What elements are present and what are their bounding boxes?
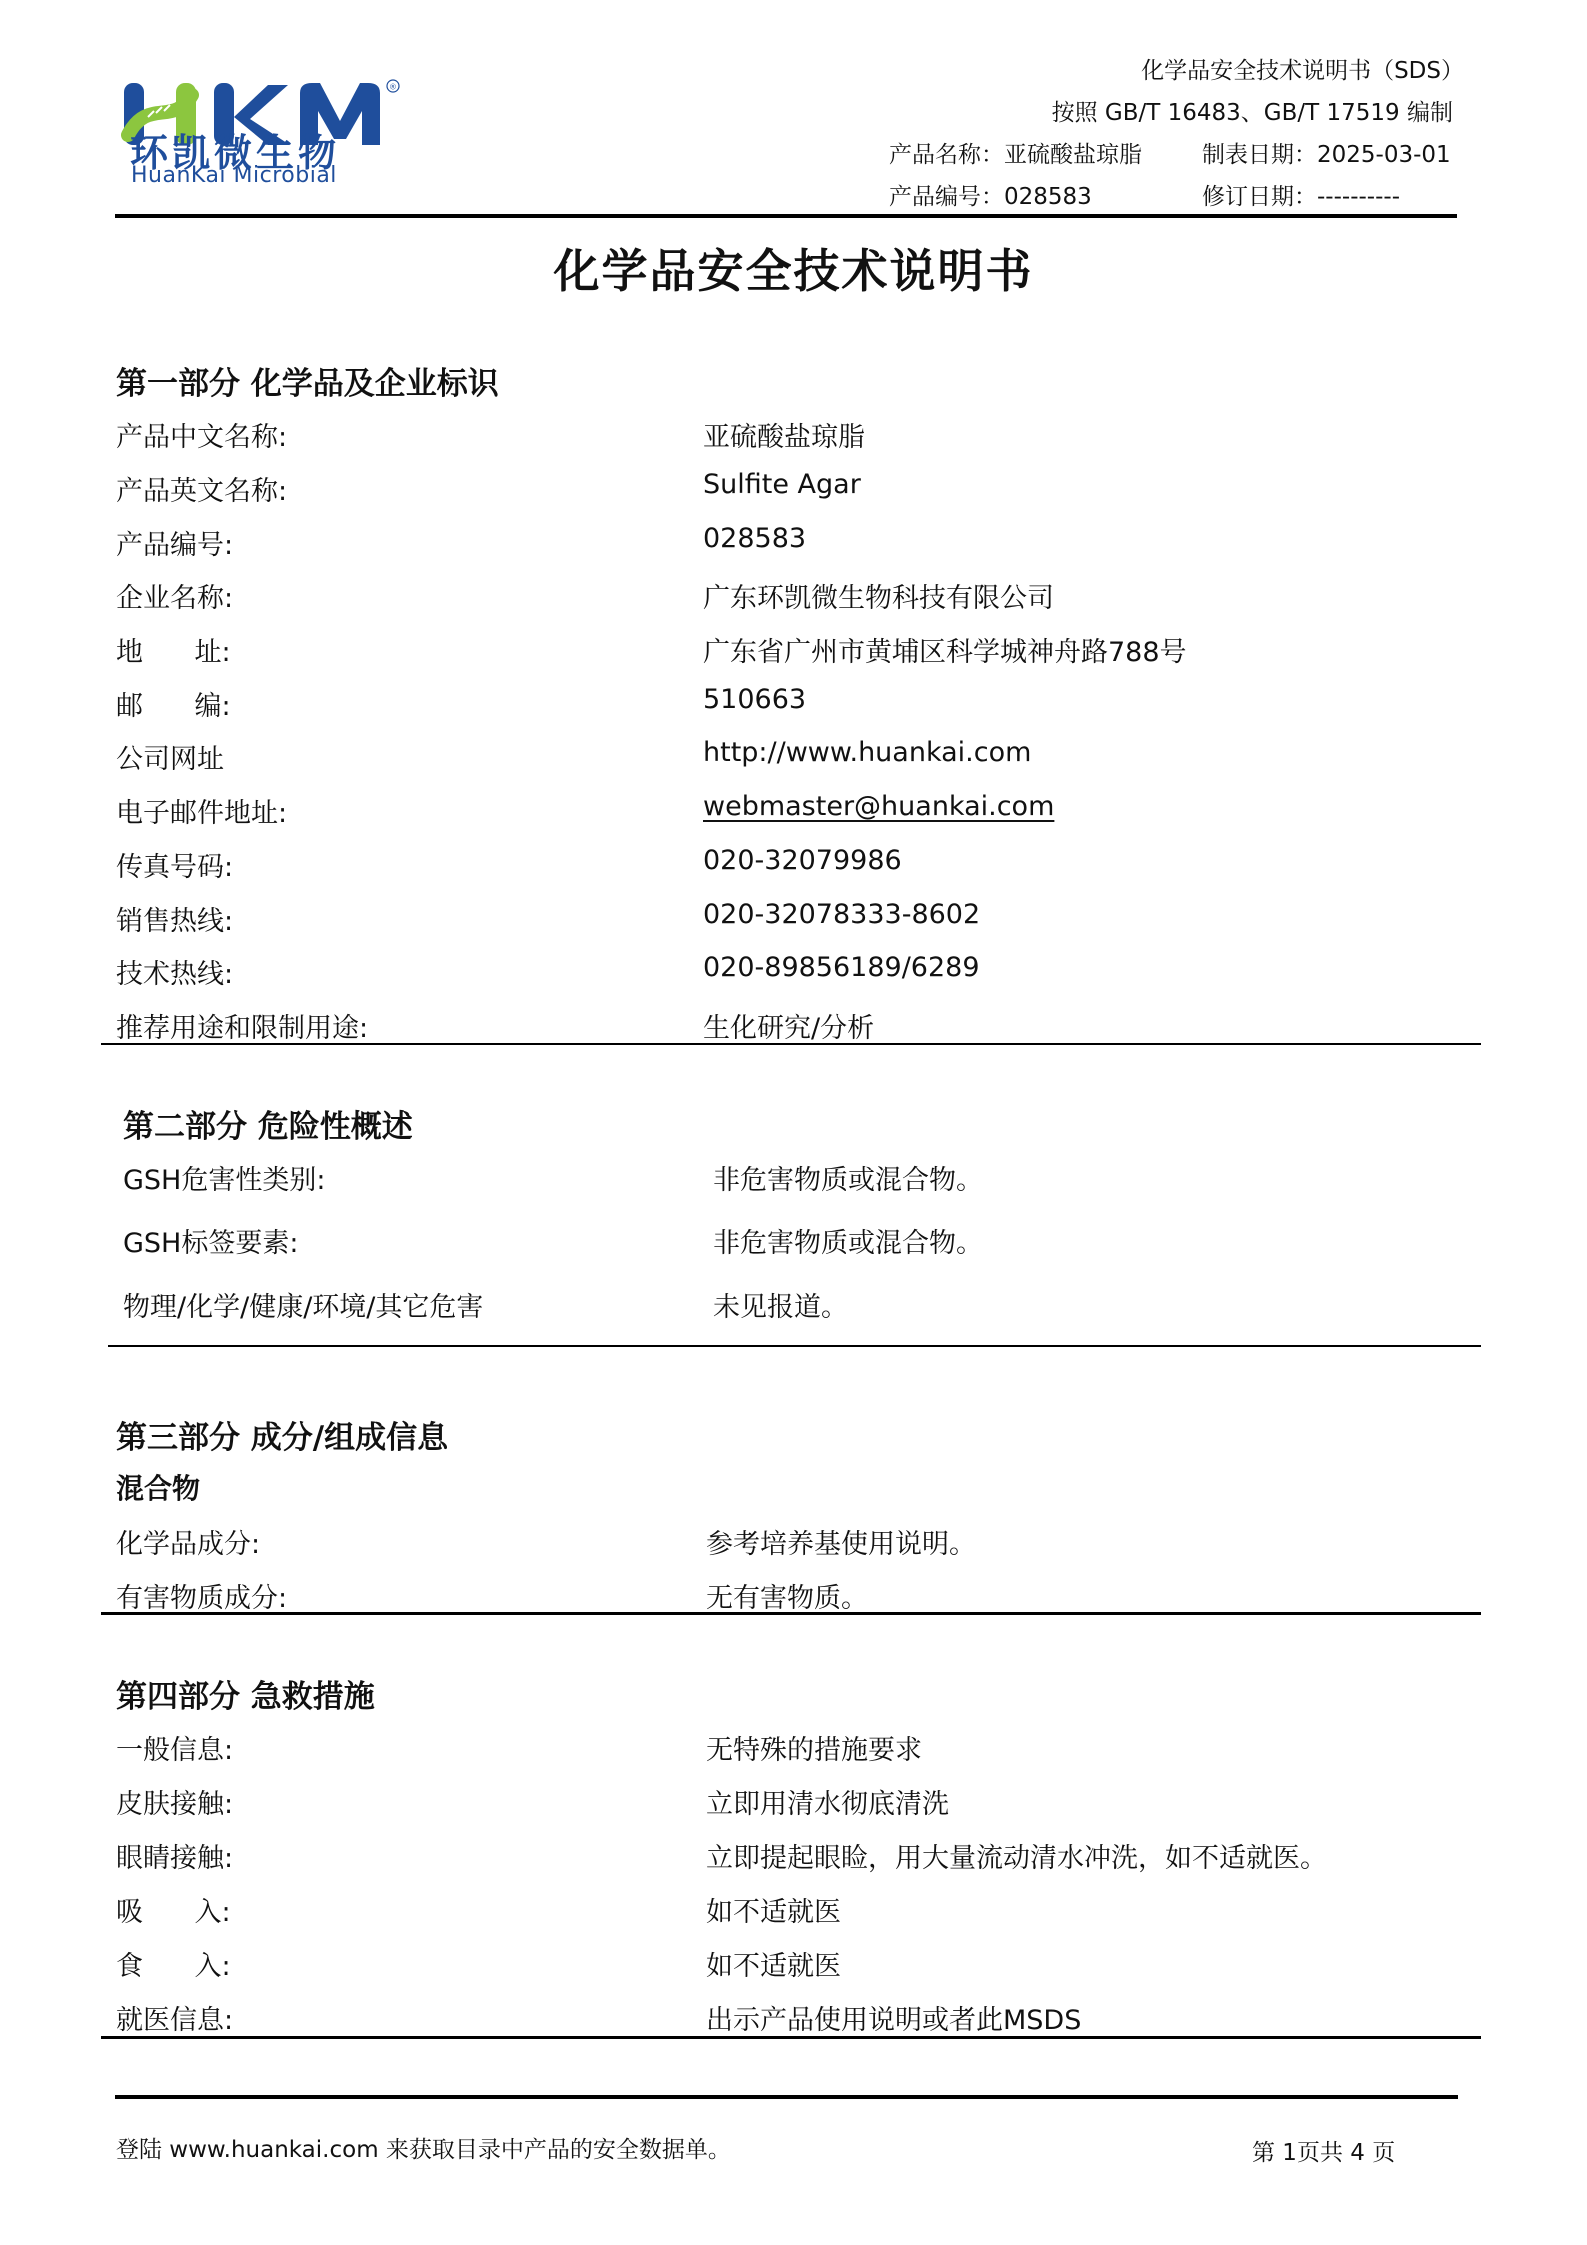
header-product-code: 产品编号：028583 [889,178,1092,211]
row-value: 广东环凯微生物科技有限公司 [703,576,1054,615]
row-value: 亚硫酸盐琼脂 [703,415,865,454]
footer-note: 登陆 www.huankai.com 来获取目录中产品的安全数据单。 [116,2131,731,2164]
row-label: 有害物质成分: [116,1576,287,1615]
row-label: 邮 编: [116,684,231,723]
row-value: 未见报道。 [713,1285,848,1324]
revision-date-label: 修订日期： [1202,184,1317,210]
website-link[interactable]: http://www.huankai.com [703,737,1031,768]
row-label: GSH危害性类别: [123,1158,325,1197]
section-2-heading: 第二部分 危险性概述 [123,1101,413,1146]
header-divider [115,214,1457,218]
row-value: 无特殊的措施要求 [706,1728,922,1767]
row-value: Sulfite Agar [703,469,861,500]
row-value: 非危害物质或混合物。 [713,1221,983,1260]
row-value: 020-32078333-8602 [703,899,980,930]
email-link[interactable]: webmaster@huankai.com [703,791,1054,822]
row-value: 广东省广州市黄埔区科学城神舟路788号 [703,630,1187,669]
section-1-heading: 第一部分 化学品及企业标识 [116,358,499,403]
row-value: 参考培养基使用说明。 [706,1522,976,1561]
row-value: 如不适就医 [706,1890,841,1929]
row-label: 传真号码: [116,845,233,884]
logo-company-name-en: HuanKai Microbial [131,163,337,188]
row-label: 公司网址 [116,737,224,776]
row-value: 无有害物质。 [706,1576,868,1615]
header-standard: 按照 GB/T 16483、GB/T 17519 编制 [1052,94,1453,127]
header-product-name: 产品名称：亚硫酸盐琼脂 [889,136,1142,169]
row-label: 推荐用途和限制用途: [116,1006,368,1045]
section-4-heading: 第四部分 急救措施 [116,1671,375,1716]
section-3-divider [101,1612,1481,1615]
page-number: 第 1页共 4 页 [1252,2134,1395,2167]
row-label: 一般信息: [116,1728,233,1767]
row-value: 非危害物质或混合物。 [713,1158,983,1197]
row-label: 产品英文名称: [116,469,287,508]
row-label: 技术热线: [116,952,233,991]
header-doc-type: 化学品安全技术说明书（SDS） [1141,52,1464,85]
product-code-label: 产品编号： [889,184,1004,210]
row-value: 出示产品使用说明或者此MSDS [706,1998,1081,2037]
row-label: 吸 入: [116,1890,231,1929]
product-name-label: 产品名称： [889,142,1004,168]
row-value: 028583 [703,523,806,554]
row-value: 020-89856189/6289 [703,952,980,983]
row-label: GSH标签要素: [123,1221,298,1260]
made-date-label: 制表日期： [1202,142,1317,168]
row-label: 眼睛接触: [116,1836,233,1875]
product-code-value: 028583 [1004,184,1092,210]
row-label: 化学品成分: [116,1522,260,1561]
product-name-value: 亚硫酸盐琼脂 [1004,142,1142,168]
row-label: 物理/化学/健康/环境/其它危害 [123,1285,483,1324]
row-value: 如不适就医 [706,1944,841,1983]
row-label: 皮肤接触: [116,1782,233,1821]
footer-divider [115,2095,1458,2099]
header-made-date: 制表日期：2025-03-01 [1202,136,1451,169]
row-label: 地 址: [116,630,231,669]
row-label: 就医信息: [116,1998,233,2037]
row-label: 食 入: [116,1944,231,1983]
section-4-divider [101,2036,1481,2039]
header-revision-date: 修订日期：---------- [1202,178,1400,211]
row-label: 电子邮件地址: [116,791,287,830]
section-2-divider [108,1345,1481,1347]
made-date-value: 2025-03-01 [1317,142,1451,168]
section-3-heading: 第三部分 成分/组成信息 [116,1412,448,1457]
row-label: 产品中文名称: [116,415,287,454]
row-value: 生化研究/分析 [703,1006,874,1045]
row-label: 企业名称: [116,576,233,615]
page-title: 化学品安全技术说明书 [0,235,1587,301]
section-1-divider [101,1043,1481,1045]
row-label: 产品编号: [116,523,233,562]
row-label: 销售热线: [116,899,233,938]
svg-text:®: ® [390,83,396,92]
row-value: 立即提起眼睑，用大量流动清水冲洗，如不适就医。 [706,1836,1327,1875]
row-value: 020-32079986 [703,845,902,876]
section-3-subheading: 混合物 [116,1467,200,1507]
revision-date-value: ---------- [1317,184,1400,210]
row-value: 510663 [703,684,806,715]
row-value: 立即用清水彻底清洗 [706,1782,949,1821]
